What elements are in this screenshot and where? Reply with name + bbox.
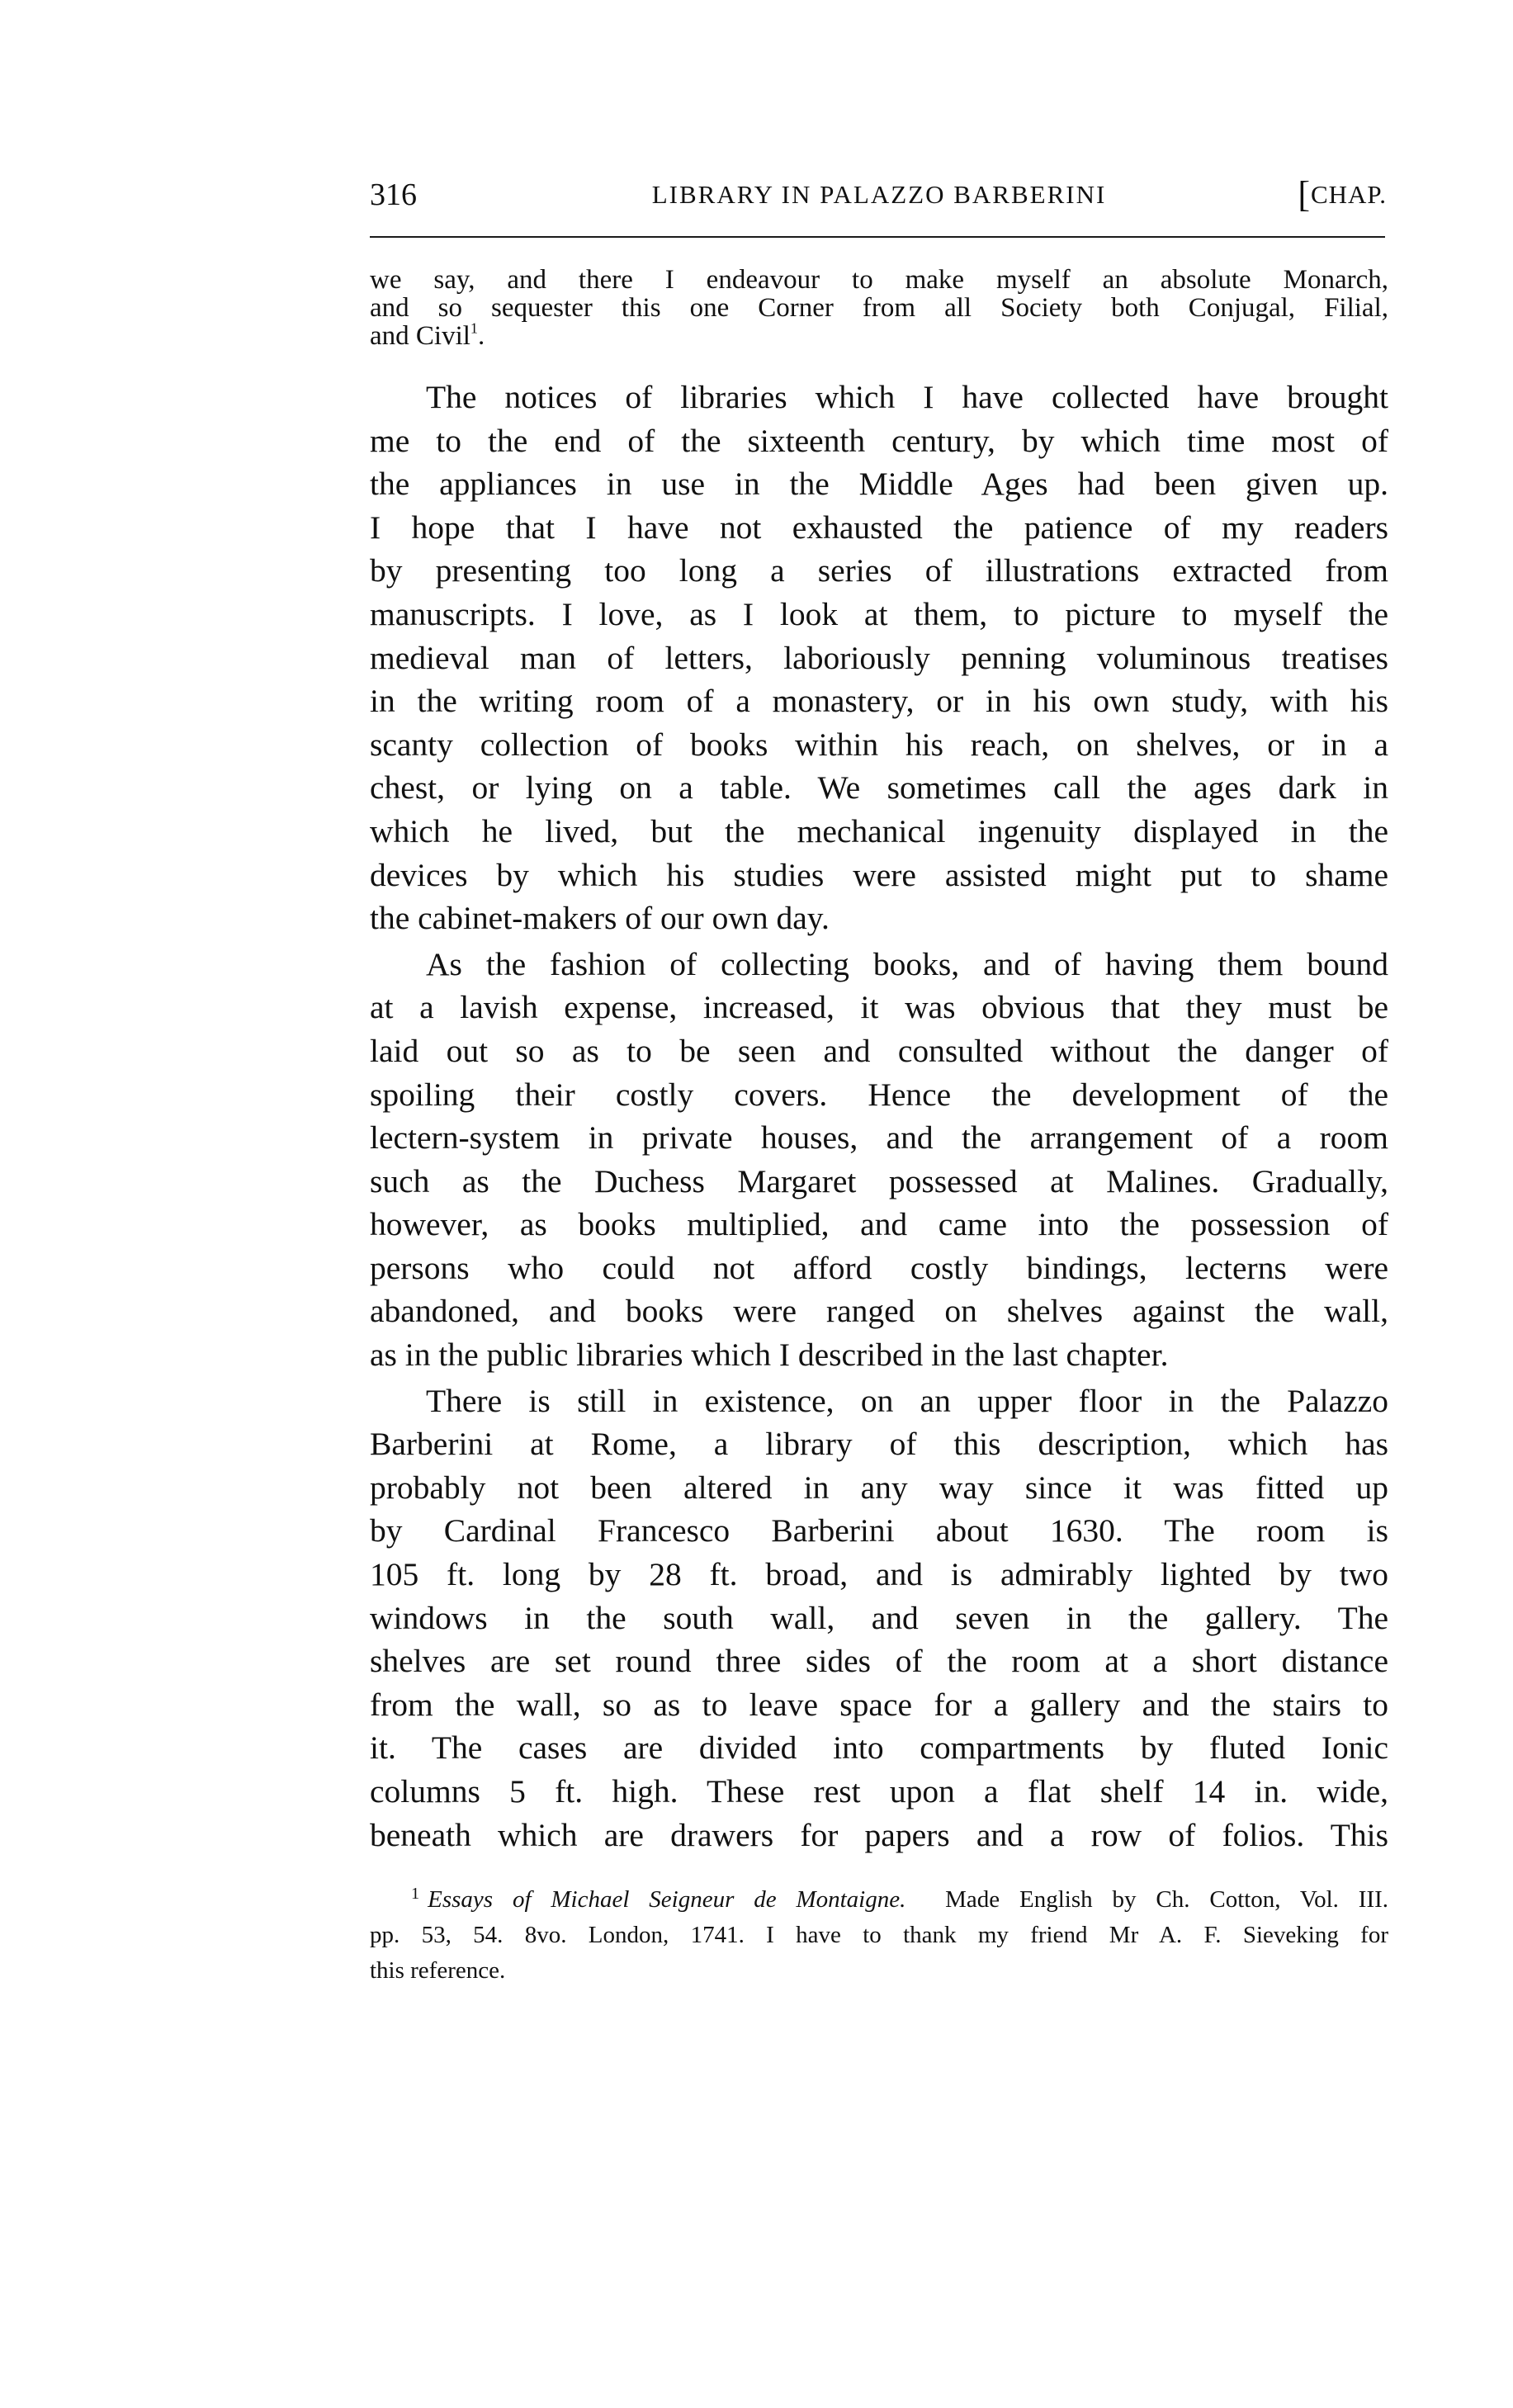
text-line: abandoned, and books were ranged on shel… bbox=[370, 1289, 1388, 1333]
footnotes: 1Essays of Michael Seigneur de Montaigne… bbox=[370, 1882, 1388, 1989]
text-line: medieval man of letters, laboriously pen… bbox=[370, 636, 1388, 680]
quote-line: and so sequester this one Corner from al… bbox=[370, 294, 1388, 322]
chapter-marker: [Chap. bbox=[1298, 177, 1387, 213]
text-line: from the wall, so as to leave space for … bbox=[370, 1683, 1388, 1727]
text-line: in the writing room of a monastery, or i… bbox=[370, 679, 1388, 723]
text-line: lectern-system in private houses, and th… bbox=[370, 1116, 1388, 1160]
footnote-text: Made English by Ch. Cotton, Vol. III. bbox=[945, 1886, 1388, 1913]
body-text: The notices of libraries which I have co… bbox=[370, 376, 1388, 1857]
chapter-label: Chap. bbox=[1311, 180, 1387, 209]
text-line: columns 5 ft. high. These rest upon a fl… bbox=[370, 1770, 1388, 1814]
quote-line: we say, and there I endeavour to make my… bbox=[370, 266, 1388, 294]
text-line: at a lavish expense, increased, it was o… bbox=[370, 986, 1388, 1029]
text-line: scanty collection of books within his re… bbox=[370, 723, 1388, 767]
text-line: I hope that I have not exhausted the pat… bbox=[370, 506, 1388, 550]
text-line: windows in the south wall, and seven in … bbox=[370, 1597, 1388, 1640]
text-line: the appliances in use in the Middle Ages… bbox=[370, 462, 1388, 506]
footnote-line: pp. 53, 54. 8vo. London, 1741. I have to… bbox=[370, 1918, 1388, 1953]
text-line: There is still in existence, on an upper… bbox=[370, 1379, 1388, 1423]
text-line: beneath which are drawers for papers and… bbox=[370, 1814, 1388, 1857]
text-line: manuscripts. I love, as I look at them, … bbox=[370, 593, 1388, 636]
text-line: me to the end of the sixteenth century, … bbox=[370, 419, 1388, 463]
text-line: which he lived, but the mechanical ingen… bbox=[370, 810, 1388, 854]
text-line: shelves are set round three sides of the… bbox=[370, 1639, 1388, 1683]
footnote-book-title: Essays of Michael Seigneur de Montaigne. bbox=[428, 1886, 905, 1913]
paragraph-1: The notices of libraries which I have co… bbox=[370, 376, 1388, 940]
text-line: by presenting too long a series of illus… bbox=[370, 549, 1388, 593]
footnote-mark: 1 bbox=[411, 1885, 419, 1903]
text-line: Barberini at Rome, a library of this des… bbox=[370, 1422, 1388, 1466]
footnote-reference[interactable]: 1 bbox=[470, 319, 478, 336]
chapter-bracket: [ bbox=[1298, 174, 1311, 215]
quote-line-text: and Civil bbox=[370, 321, 470, 351]
header-rule bbox=[370, 236, 1385, 238]
text-line: devices by which his studies were assist… bbox=[370, 854, 1388, 897]
text-line: such as the Duchess Margaret possessed a… bbox=[370, 1160, 1388, 1204]
text-line: however, as books multiplied, and came i… bbox=[370, 1203, 1388, 1247]
text-line: As the fashion of collecting books, and … bbox=[370, 943, 1388, 986]
text-line: probably not been altered in any way sin… bbox=[370, 1466, 1388, 1510]
running-head: 316 Library in Palazzo Barberini [Chap. bbox=[370, 177, 1388, 213]
text-line: by Cardinal Francesco Barberini about 16… bbox=[370, 1509, 1388, 1553]
quote-line-last: and Civil1. bbox=[370, 322, 1388, 350]
footnote-line: this reference. bbox=[370, 1953, 1388, 1989]
footnote-line: 1Essays of Michael Seigneur de Montaigne… bbox=[370, 1882, 1388, 1918]
text-line: laid out so as to be seen and consulted … bbox=[370, 1029, 1388, 1073]
quote-trailing-punct: . bbox=[478, 321, 485, 351]
text-line: chest, or lying on a table. We sometimes… bbox=[370, 766, 1388, 810]
paragraph-2: As the fashion of collecting books, and … bbox=[370, 943, 1388, 1377]
text-line: as in the public libraries which I descr… bbox=[370, 1333, 1388, 1377]
text-line: it. The cases are divided into compartme… bbox=[370, 1726, 1388, 1770]
quotation-continuation: we say, and there I endeavour to make my… bbox=[370, 266, 1388, 350]
paragraph-3: There is still in existence, on an upper… bbox=[370, 1379, 1388, 1857]
running-title: Library in Palazzo Barberini bbox=[370, 177, 1388, 213]
text-line: persons who could not afford costly bind… bbox=[370, 1247, 1388, 1290]
text-line: spoiling their costly covers. Hence the … bbox=[370, 1073, 1388, 1117]
text-line: 105 ft. long by 28 ft. broad, and is adm… bbox=[370, 1553, 1388, 1597]
text-line: The notices of libraries which I have co… bbox=[370, 376, 1388, 419]
text-line: the cabinet-makers of our own day. bbox=[370, 896, 1388, 940]
